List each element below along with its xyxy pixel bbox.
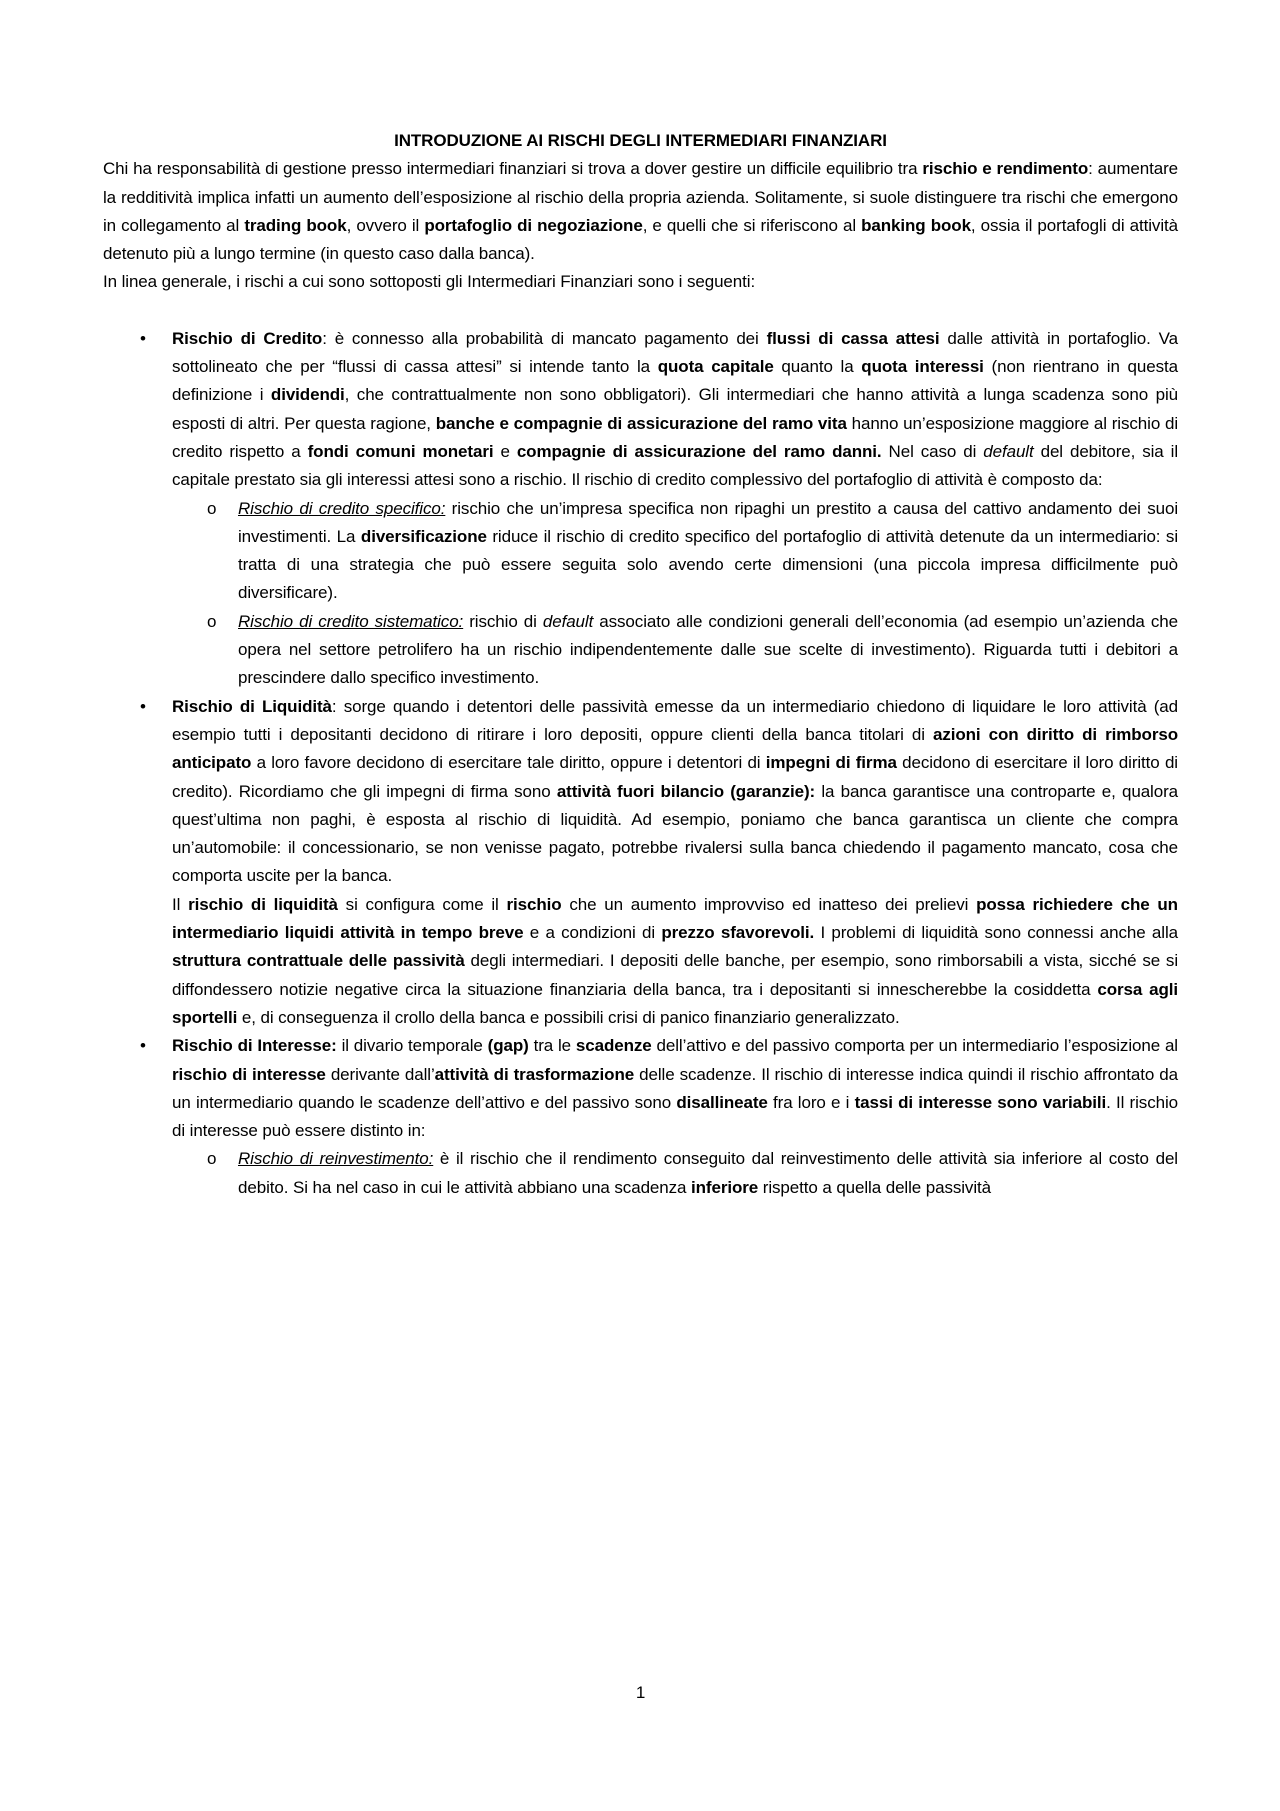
text-run: Rischio di Liquidità [172, 697, 332, 716]
sub-list-item: oRischio di credito sistematico: rischio… [103, 608, 1178, 693]
text-run: si configura come il [338, 895, 507, 914]
document-content: INTRODUZIONE AI RISCHI DEGLI INTERMEDIAR… [103, 127, 1178, 1202]
paragraph: Chi ha responsabilità di gestione presso… [103, 155, 1178, 268]
text-run: il divario temporale [337, 1036, 488, 1055]
text-run: I problemi di liquidità sono connessi an… [814, 923, 1178, 942]
bullet-marker: • [140, 1032, 146, 1060]
text-run: : è connesso alla probabilità di mancato… [322, 329, 766, 348]
text-run: tra le [529, 1036, 576, 1055]
paragraph: In linea generale, i rischi a cui sono s… [103, 268, 1178, 296]
sub-list-item: oRischio di credito specifico: rischio c… [103, 495, 1178, 608]
text-run: Rischio di reinvestimento: [238, 1149, 433, 1168]
text-run: quota interessi [861, 357, 984, 376]
text-run: default [983, 442, 1033, 461]
text-run: In linea generale, i rischi a cui sono s… [103, 272, 755, 291]
text-run: compagnie di assicurazione del ramo dann… [517, 442, 882, 461]
text-run: flussi di cassa attesi [767, 329, 940, 348]
text-run: Nel caso di [882, 442, 984, 461]
sub-bullet-marker: o [207, 495, 216, 523]
text-run: e, di conseguenza il crollo della banca … [237, 1008, 899, 1027]
text-run: che un aumento improvviso ed inatteso de… [562, 895, 977, 914]
text-run: prezzo sfavorevoli. [661, 923, 814, 942]
text-run: Rischio di credito sistematico: [238, 612, 463, 631]
page-number: 1 [103, 1679, 1178, 1707]
text-run: scadenze [576, 1036, 652, 1055]
text-run: Chi ha responsabilità di gestione presso… [103, 159, 922, 178]
text-run: tassi di interesse sono variabili [855, 1093, 1107, 1112]
text-run: , ovvero il [347, 216, 425, 235]
text-run: dividendi [271, 385, 345, 404]
text-run: impegni di firma [766, 753, 897, 772]
text-run: e a condizioni di [524, 923, 662, 942]
text-run: , e quelli che si riferiscono al [643, 216, 861, 235]
text-run: banking book [861, 216, 971, 235]
text-run: INTRODUZIONE AI RISCHI DEGLI INTERMEDIAR… [394, 131, 887, 150]
text-run: attività di trasformazione [435, 1065, 634, 1084]
list-item: •Rischio di Credito: è connesso alla pro… [103, 325, 1178, 495]
text-run: rischio e rendimento [922, 159, 1088, 178]
text-run: (garanzie): [730, 782, 815, 801]
text-run: Rischio di credito specifico: [238, 499, 445, 518]
text-run: default [543, 612, 593, 631]
text-run: struttura contrattuale delle passività [172, 951, 465, 970]
text-run: rischio [507, 895, 562, 914]
bullet-marker: • [140, 325, 146, 353]
text-run: trading book [244, 216, 346, 235]
text-run: inferiore [691, 1178, 758, 1197]
text-run: attività fuori bilancio [557, 782, 724, 801]
sub-list-item: oRischio di reinvestimento: è il rischio… [103, 1145, 1178, 1202]
text-run: (gap) [488, 1036, 529, 1055]
text-run: derivante dall’ [326, 1065, 435, 1084]
text-run: portafoglio di negoziazione [424, 216, 642, 235]
bullet-marker: • [140, 693, 146, 721]
sub-bullet-marker: o [207, 608, 216, 636]
document-page: INTRODUZIONE AI RISCHI DEGLI INTERMEDIAR… [0, 0, 1280, 1811]
text-run: rischio di interesse [172, 1065, 326, 1084]
text-run: fondi comuni monetari [308, 442, 494, 461]
text-run: Rischio di Interesse: [172, 1036, 337, 1055]
text-run: dell’attivo e del passivo comporta per u… [652, 1036, 1178, 1055]
document-title: INTRODUZIONE AI RISCHI DEGLI INTERMEDIAR… [103, 127, 1178, 155]
sub-bullet-marker: o [207, 1145, 216, 1173]
text-run: rischio di [463, 612, 543, 631]
text-run: rischio di liquidità [188, 895, 338, 914]
text-run: quanto la [774, 357, 862, 376]
text-run: Il [172, 895, 188, 914]
text-run: rispetto a quella delle passività [758, 1178, 991, 1197]
text-run: disallineate [676, 1093, 767, 1112]
text-run: fra loro e i [768, 1093, 855, 1112]
text-run: e [493, 442, 516, 461]
text-run: quota capitale [658, 357, 774, 376]
list-item: •Rischio di Interesse: il divario tempor… [103, 1032, 1178, 1145]
text-run: Rischio di Credito [172, 329, 322, 348]
text-run: diversificazione [361, 527, 487, 546]
text-run: a loro favore decidono di esercitare tal… [251, 753, 765, 772]
text-run: banche e compagnie di assicurazione del … [436, 414, 847, 433]
paragraph: Il rischio di liquidità si configura com… [103, 891, 1178, 1032]
list-item: •Rischio di Liquidità: sorge quando i de… [103, 693, 1178, 891]
